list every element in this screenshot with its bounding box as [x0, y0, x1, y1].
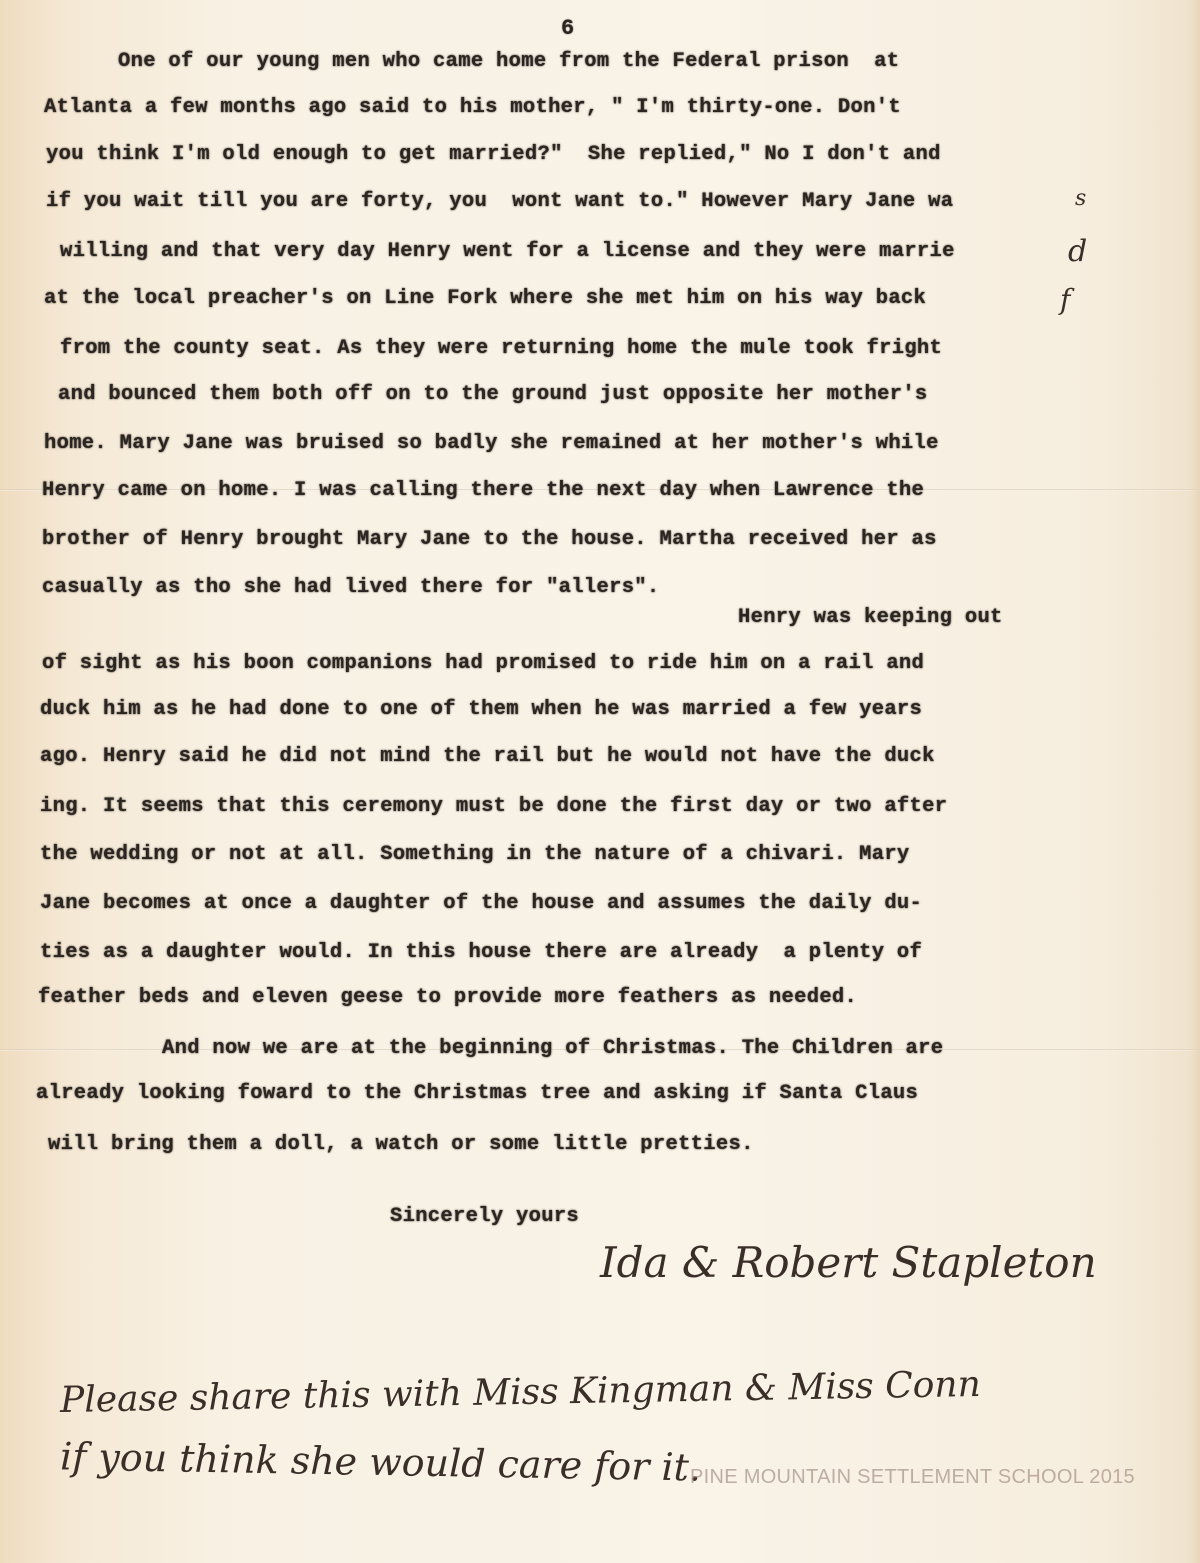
typed-line: the wedding or not at all. Something in … — [40, 843, 910, 866]
closing: Sincerely yours — [390, 1205, 579, 1228]
handwritten-correction: f — [1060, 283, 1070, 316]
signature: Ida & Robert Stapleton — [600, 1238, 1097, 1287]
typed-line: will bring them a doll, a watch or some … — [48, 1133, 754, 1156]
typed-line: ing. It seems that this ceremony must be… — [40, 795, 947, 818]
postscript-line: Please share this with Miss Kingman & Mi… — [60, 1364, 981, 1421]
typed-line: Henry came on home. I was calling there … — [42, 479, 924, 502]
paper-edge — [1188, 0, 1200, 1563]
typed-line: Henry was keeping out — [738, 606, 1003, 629]
typed-line: feather beds and eleven geese to provide… — [38, 986, 857, 1009]
typed-line: And now we are at the beginning of Chris… — [162, 1037, 943, 1060]
typed-line: willing and that very day Henry went for… — [60, 240, 955, 263]
typed-line: at the local preacher's on Line Fork whe… — [44, 287, 926, 310]
typed-line: ago. Henry said he did not mind the rail… — [40, 745, 935, 768]
typed-line: duck him as he had done to one of them w… — [40, 698, 922, 721]
typed-line: brother of Henry brought Mary Jane to th… — [42, 528, 937, 551]
typed-line: if you wait till you are forty, you wont… — [46, 190, 953, 213]
typed-line: you think I'm old enough to get married?… — [46, 143, 941, 166]
typed-line: ties as a daughter would. In this house … — [40, 941, 922, 964]
page-number: 6 — [561, 16, 574, 41]
typed-line: home. Mary Jane was bruised so badly she… — [44, 432, 939, 455]
typed-line: already looking foward to the Christmas … — [36, 1082, 918, 1105]
typed-line: of sight as his boon companions had prom… — [42, 652, 924, 675]
typed-line: One of our young men who came home from … — [118, 50, 899, 73]
watermark: PINE MOUNTAIN SETTLEMENT SCHOOL 2015 — [690, 1466, 1135, 1489]
typed-line: and bounced them both off on to the grou… — [58, 383, 928, 406]
handwritten-correction: s — [1075, 186, 1086, 211]
postscript-line: if you think she would care for it. — [60, 1434, 702, 1489]
handwritten-correction: d — [1068, 234, 1087, 269]
typed-line: from the county seat. As they were retur… — [60, 337, 942, 360]
typed-line: Atlanta a few months ago said to his mot… — [44, 96, 901, 119]
typed-line: casually as tho she had lived there for … — [42, 576, 660, 599]
typed-line: Jane becomes at once a daughter of the h… — [40, 892, 922, 915]
